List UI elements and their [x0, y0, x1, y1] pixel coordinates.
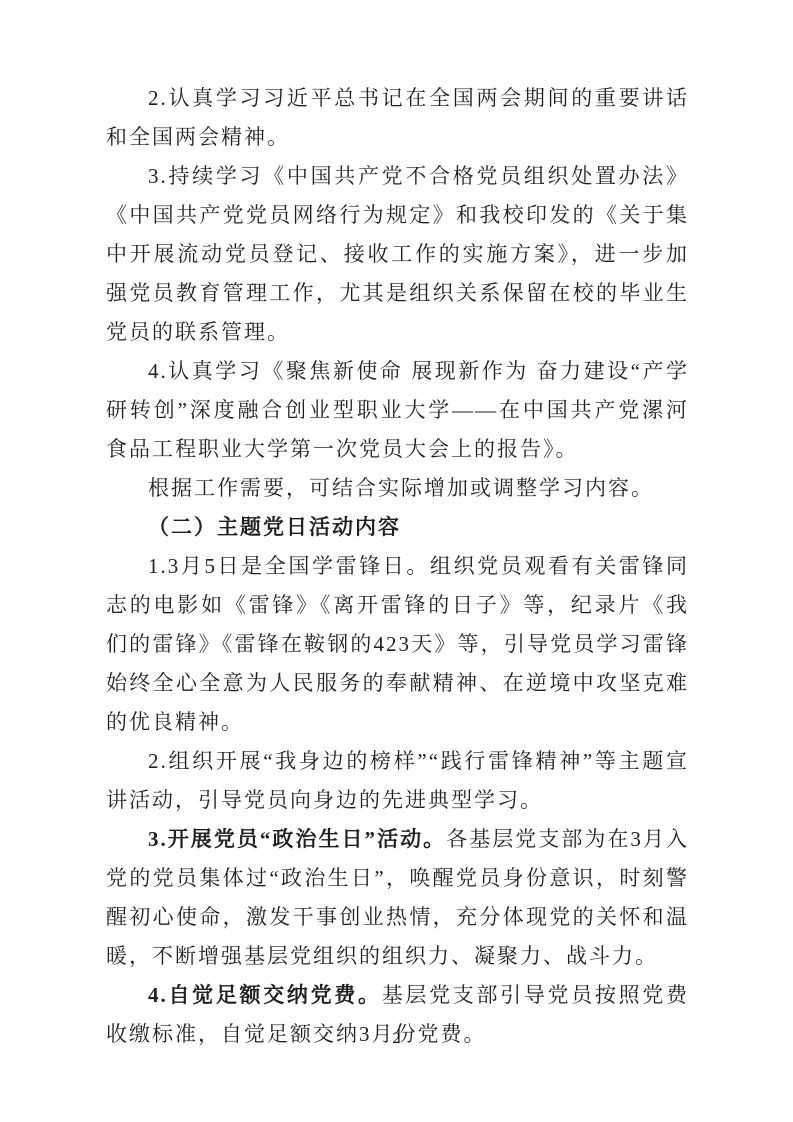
paragraph-activity-item-2: 2.组织开展“我身边的榜样”“践行雷锋精神”等主题宣讲活动，引导党员向身边的先进… — [106, 742, 689, 820]
paragraph-study-item-4: 4.认真学习《聚焦新使命 展现新作为 奋力建设“产学研转创”深度融合创业型职业大… — [106, 352, 689, 469]
page-number: 2 — [0, 1028, 793, 1050]
document-page: 2.认真学习习近平总书记在全国两会期间的重要讲话和全国两会精神。 3.持续学习《… — [0, 0, 793, 1122]
paragraph-study-item-3: 3.持续学习《中国共产党不合格党员组织处置办法》《中国共产党党员网络行为规定》和… — [106, 157, 689, 352]
paragraph-activity-item-3: 3.开展党员“政治生日”活动。各基层党支部为在3月入党的党员集体过“政治生日”，… — [106, 820, 689, 976]
paragraph-note: 根据工作需要，可结合实际增加或调整学习内容。 — [106, 469, 689, 508]
paragraph-activity-item-1: 1.3月5日是全国学雷锋日。组织党员观看有关雷锋同志的电影如《雷锋》《离开雷锋的… — [106, 547, 689, 742]
document-body: 2.认真学习习近平总书记在全国两会期间的重要讲话和全国两会精神。 3.持续学习《… — [106, 79, 689, 1054]
section-heading-theme-party-day: （二）主题党日活动内容 — [106, 508, 689, 547]
paragraph-lead-bold: 3.开展党员“政治生日”活动。 — [148, 827, 446, 851]
paragraph-study-item-2: 2.认真学习习近平总书记在全国两会期间的重要讲话和全国两会精神。 — [106, 79, 689, 157]
paragraph-lead-bold: 4.自觉足额交纳党费。 — [148, 983, 382, 1007]
